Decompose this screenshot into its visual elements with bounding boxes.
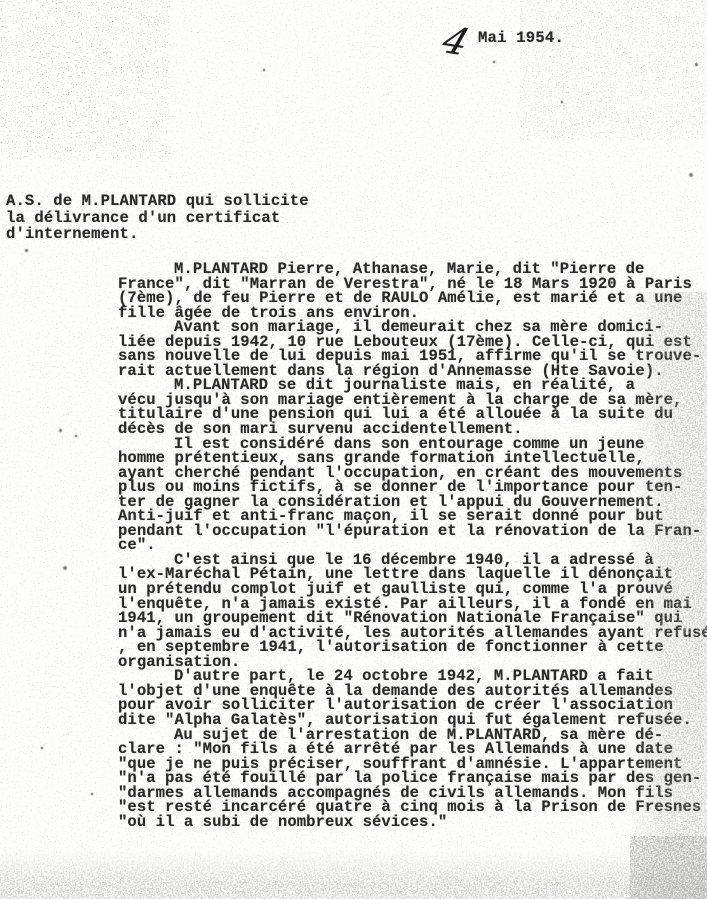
bottom-edge-stain-band	[0, 850, 707, 899]
stain-mark	[694, 62, 699, 67]
stain-mark	[262, 68, 266, 72]
subject-block: A.S. de M.PLANTARD qui sollicitela déliv…	[6, 193, 309, 243]
scanned-document-page: 4 Mai 1954. A.S. de M.PLANTARD qui solli…	[0, 0, 707, 899]
document-body: M.PLANTARD Pierre, Athanase, Marie, dit …	[118, 262, 707, 829]
top-left-speckle	[0, 0, 170, 160]
stain-mark	[560, 100, 564, 104]
subject-line: d'internement.	[6, 226, 309, 243]
bottom-right-corner-stain	[630, 836, 707, 899]
stain-mark	[58, 428, 63, 433]
stain-mark	[40, 746, 44, 750]
handwritten-day-numeral: 4	[437, 19, 474, 64]
stain-mark	[74, 434, 78, 438]
document-line: "où il a subi de nombreux sévices."	[118, 815, 707, 830]
subject-line: la délivrance d'un certificat	[6, 210, 309, 227]
date-text: Mai 1954.	[478, 29, 564, 47]
stain-mark	[688, 172, 694, 178]
document-line: pendant l'occupation "l'épuration et la …	[118, 524, 707, 539]
subject-line: A.S. de M.PLANTARD qui sollicite	[6, 193, 309, 210]
stain-mark	[24, 248, 29, 253]
stain-mark	[90, 792, 94, 796]
stain-mark	[492, 60, 496, 64]
top-right-speckle	[520, 0, 707, 140]
stain-mark	[62, 565, 68, 571]
